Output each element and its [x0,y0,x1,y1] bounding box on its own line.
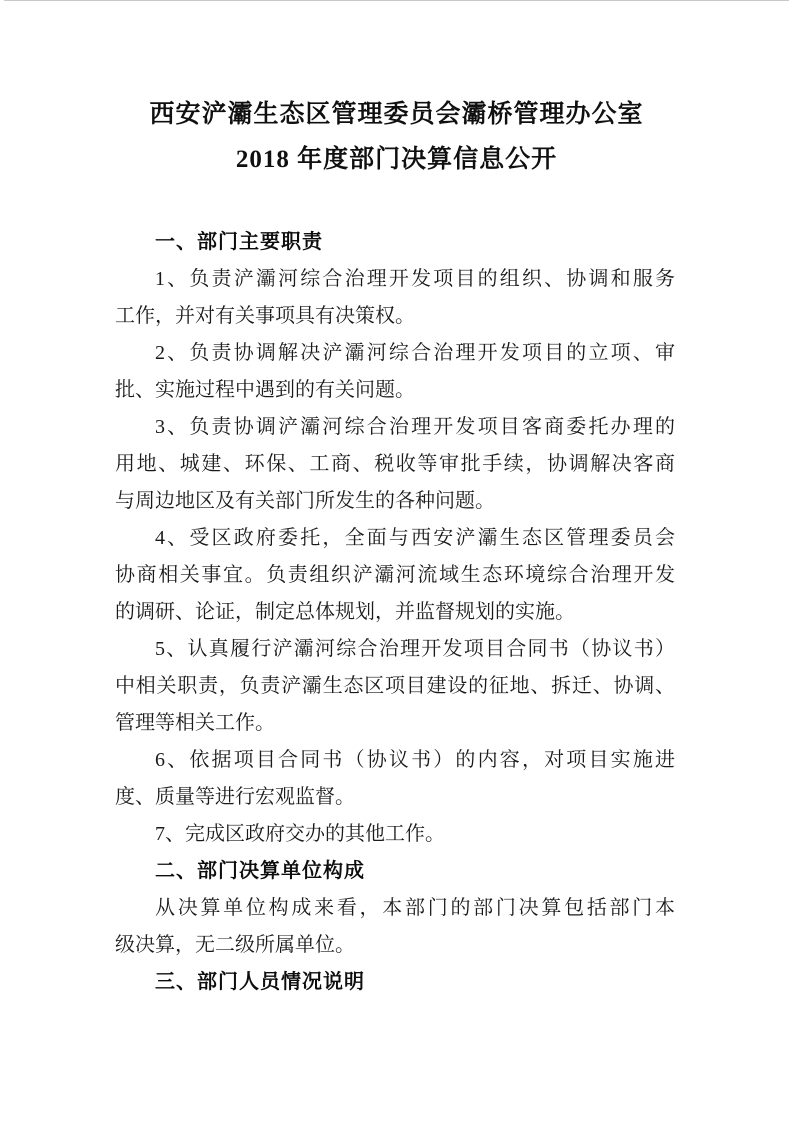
text-line: 与周边地区及有关部门所发生的各种问题。 [115,483,675,520]
section-heading-3-text: 三、部门人员情况说明 [115,964,675,1001]
section-heading-3: 三、部门人员情况说明 [115,964,675,1001]
text-line: 工作，并对有关事项具有决策权。 [115,298,675,335]
section-heading-2: 二、部门决算单位构成 [115,853,675,890]
text-line: 1、负责浐灞河综合治理开发项目的组织、协调和服务 [115,261,675,298]
text-line: 5、认真履行浐灞河综合治理开发项目合同书（协议书） [115,631,675,668]
document-title: 西安浐灞生态区管理委员会灞桥管理办公室 2018 年度部门决算信息公开 [0,92,793,182]
body-paragraph: 4、受区政府委托，全面与西安浐灞生态区管理委员会 协商相关事宜。负责组织浐灞河流… [115,520,675,631]
scan-edge-line [4,0,789,1]
text-line: 4、受区政府委托，全面与西安浐灞生态区管理委员会 [115,520,675,557]
text-line: 从决算单位构成来看，本部门的部门决算包括部门本 [115,890,675,927]
text-line: 度、质量等进行宏观监督。 [115,779,675,816]
body-paragraph: 从决算单位构成来看，本部门的部门决算包括部门本 级决算，无二级所属单位。 [115,890,675,964]
text-line: 管理等相关工作。 [115,705,675,742]
text-line: 3、负责协调浐灞河综合治理开发项目客商委托办理的 [115,409,675,446]
document-page: 西安浐灞生态区管理委员会灞桥管理办公室 2018 年度部门决算信息公开 一、部门… [0,0,793,1122]
body-paragraph: 3、负责协调浐灞河综合治理开发项目客商委托办理的 用地、城建、环保、工商、税收等… [115,409,675,520]
body-paragraph: 2、负责协调解决浐灞河综合治理开发项目的立项、审 批、实施过程中遇到的有关问题。 [115,335,675,409]
section-heading-1-text: 一、部门主要职责 [115,224,675,261]
text-line: 级决算，无二级所属单位。 [115,927,675,964]
document-body: 一、部门主要职责 1、负责浐灞河综合治理开发项目的组织、协调和服务 工作，并对有… [115,224,675,1001]
text-line: 协商相关事宜。负责组织浐灞河流域生态环境综合治理开发 [115,557,675,594]
text-line: 6、依据项目合同书（协议书）的内容，对项目实施进 [115,742,675,779]
body-paragraph: 6、依据项目合同书（协议书）的内容，对项目实施进 度、质量等进行宏观监督。 [115,742,675,816]
section-heading-2-text: 二、部门决算单位构成 [115,853,675,890]
text-line: 2、负责协调解决浐灞河综合治理开发项目的立项、审 [115,335,675,372]
body-paragraph: 7、完成区政府交办的其他工作。 [115,816,675,853]
document-title-line-1: 西安浐灞生态区管理委员会灞桥管理办公室 [0,92,793,137]
body-paragraph: 1、负责浐灞河综合治理开发项目的组织、协调和服务 工作，并对有关事项具有决策权。 [115,261,675,335]
text-line: 中相关职责，负责浐灞生态区项目建设的征地、拆迁、协调、 [115,668,675,705]
body-paragraph: 5、认真履行浐灞河综合治理开发项目合同书（协议书） 中相关职责，负责浐灞生态区项… [115,631,675,742]
text-line: 的调研、论证，制定总体规划，并监督规划的实施。 [115,594,675,631]
section-heading-1: 一、部门主要职责 [115,224,675,261]
text-line: 用地、城建、环保、工商、税收等审批手续，协调解决客商 [115,446,675,483]
document-title-line-2: 2018 年度部门决算信息公开 [0,137,793,182]
text-line: 批、实施过程中遇到的有关问题。 [115,372,675,409]
text-line: 7、完成区政府交办的其他工作。 [115,816,675,853]
